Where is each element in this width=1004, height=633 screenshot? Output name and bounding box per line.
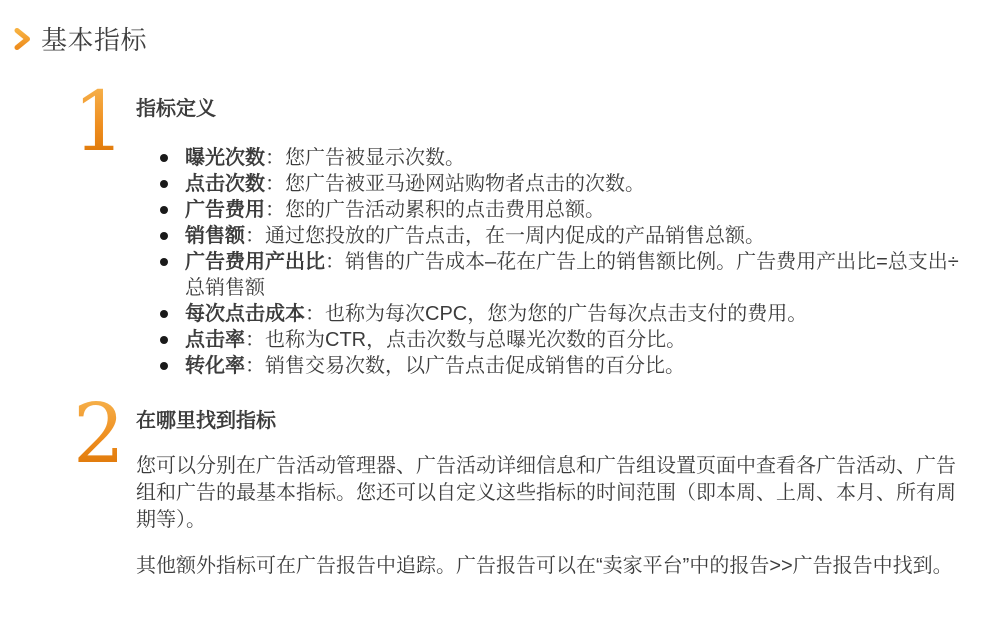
section-where-to-find: 2 在哪里找到指标 您可以分别在广告活动管理器、广告活动详细信息和广告组设置页面… <box>0 409 1004 580</box>
document-page: { "page": { "title": "基本指标" }, "colors":… <box>0 0 1004 633</box>
bullet-icon <box>160 232 168 240</box>
metric-desc: ：通过您投放的广告点击，在一周内促成的产品销售总额。 <box>245 225 765 247</box>
metric-term: 转化率 <box>185 355 245 377</box>
section-2-content: 在哪里找到指标 您可以分别在广告活动管理器、广告活动详细信息和广告组设置页面中查… <box>136 409 966 580</box>
metric-desc: ：也称为CTR，点击次数与总曝光次数的百分比。 <box>245 329 686 351</box>
metric-desc: ：您广告被亚马逊网站购物者点击的次数。 <box>265 173 645 195</box>
page-title: 基本指标 <box>41 20 147 57</box>
section-2-heading: 在哪里找到指标 <box>136 409 966 433</box>
metric-desc: ：您广告被显示次数。 <box>265 147 465 169</box>
paragraph: 您可以分别在广告活动管理器、广告活动详细信息和广告组设置页面中查看各广告活动、广… <box>136 453 964 534</box>
bullet-icon <box>160 154 168 162</box>
section-1-heading: 指标定义 <box>136 97 966 121</box>
bullet-icon <box>160 310 168 318</box>
metric-desc: ：销售交易次数，以广告点击促成销售的百分比。 <box>245 355 685 377</box>
list-item: 每次点击成本：也称为每次CPC，您为您的广告每次点击支付的费用。 <box>136 301 962 327</box>
section-number-1: 1 <box>70 87 128 159</box>
metric-term: 广告费用产出比 <box>185 251 325 273</box>
bullet-icon <box>160 206 168 214</box>
metric-term: 点击次数 <box>185 173 265 195</box>
metric-desc: ：也称为每次CPC，您为您的广告每次点击支付的费用。 <box>305 303 807 325</box>
bullet-icon <box>160 180 168 188</box>
section-number-2: 2 <box>70 399 128 471</box>
bullet-icon <box>160 362 168 370</box>
list-item: 点击率：也称为CTR，点击次数与总曝光次数的百分比。 <box>136 327 962 353</box>
list-item: 转化率：销售交易次数，以广告点击促成销售的百分比。 <box>136 353 962 379</box>
section-1-content: 指标定义 曝光次数：您广告被显示次数。 点击次数：您广告被亚马逊网站购物者点击的… <box>136 97 966 379</box>
metric-term: 销售额 <box>185 225 245 247</box>
doc-header: 基本指标 <box>0 0 1004 57</box>
chevron-right-icon <box>13 27 32 51</box>
metric-term: 广告费用 <box>185 199 265 221</box>
metric-term: 曝光次数 <box>185 147 265 169</box>
bullet-icon <box>160 258 168 266</box>
list-item: 曝光次数：您广告被显示次数。 <box>136 145 962 171</box>
metric-term: 点击率 <box>185 329 245 351</box>
section-metric-definitions: 1 指标定义 曝光次数：您广告被显示次数。 点击次数：您广告被亚马逊网站购物者点… <box>0 97 1004 379</box>
paragraph: 其他额外指标可在广告报告中追踪。广告报告可以在“卖家平台”中的报告>>广告报告中… <box>136 553 964 580</box>
list-item: 广告费用产出比：销售的广告成本–花在广告上的销售额比例。广告费用产出比=总支出÷… <box>136 249 962 301</box>
list-item: 点击次数：您广告被亚马逊网站购物者点击的次数。 <box>136 171 962 197</box>
metric-list: 曝光次数：您广告被显示次数。 点击次数：您广告被亚马逊网站购物者点击的次数。 广… <box>136 145 962 379</box>
metric-term: 每次点击成本 <box>185 303 305 325</box>
bullet-icon <box>160 336 168 344</box>
list-item: 广告费用：您的广告活动累积的点击费用总额。 <box>136 197 962 223</box>
metric-desc: ：您的广告活动累积的点击费用总额。 <box>265 199 605 221</box>
list-item: 销售额：通过您投放的广告点击，在一周内促成的产品销售总额。 <box>136 223 962 249</box>
